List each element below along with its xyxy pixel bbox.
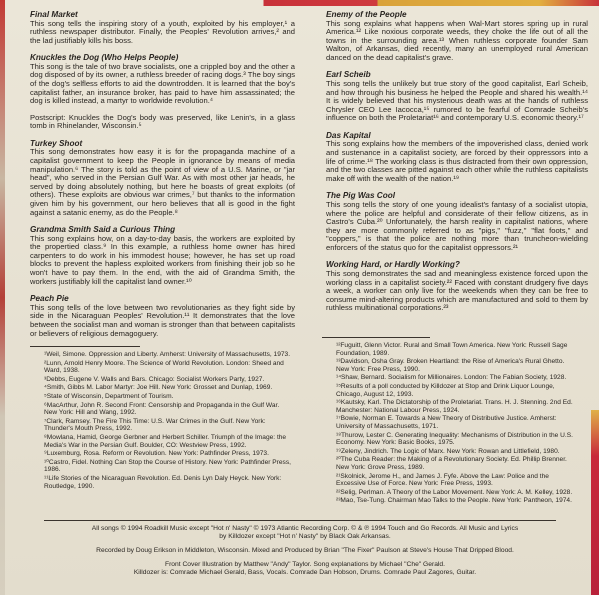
song-entry: The Pig Was CoolThis song tells the stor… (326, 191, 588, 252)
footnote: ¹⁶Kautsky, Karl. The Dictatorship of the… (336, 399, 578, 414)
footnote: ¹⁸Thurow, Lester C. Generating Inequalit… (336, 432, 578, 447)
song-description: This song tells the story of one young i… (326, 201, 588, 253)
song-description: This song demonstrates the sad and meani… (326, 270, 588, 313)
song-description: This song demonstrates how easy it is fo… (30, 148, 295, 217)
footnote: ¹Weil, Simone. Oppression and Liberty. A… (44, 351, 294, 359)
song-descriptions-left: Final MarketThis song tells the inspirin… (30, 10, 295, 346)
song-entry: Earl ScheibThis song tells the unlikely … (326, 70, 588, 122)
credits-divider (44, 520, 556, 521)
footnote: ²⁰The Cuba Reader: the Making of a Revol… (336, 456, 578, 471)
song-entry: Enemy of the PeopleThis song explains wh… (326, 10, 588, 62)
song-description: This song is the tale of two brave socia… (30, 63, 295, 106)
footnotes-right: ¹²Fuguitt, Glenn Victor. Rural and Small… (336, 342, 578, 506)
copyright-line-1: All songs © 1994 Roadkill Music except "… (30, 525, 580, 533)
song-description: This song explains how the members of th… (326, 140, 588, 183)
song-description: This song explains how, on a day-to-day … (30, 235, 295, 287)
footnote: ¹¹Life Stories of the Nicaraguan Revolut… (44, 475, 294, 490)
footnote: ²²Selig, Perlman. A Theory of the Labor … (336, 489, 578, 497)
song-entry: Working Hard, or Hardly Working?This son… (326, 260, 588, 312)
recording-credit: Recorded by Doug Erikson in Middleton, W… (30, 547, 580, 555)
footnote: ¹⁰Castro, Fidel. Nothing Can Stop the Co… (44, 459, 294, 474)
song-entry: Grandma Smith Said a Curious ThingThis s… (30, 225, 295, 286)
footnote: ¹⁷Bowie, Norman E. Towards a New Theory … (336, 415, 578, 430)
song-description: This song explains what happens when Wal… (326, 20, 588, 63)
footnotes-left: ¹Weil, Simone. Oppression and Liberty. A… (44, 351, 294, 491)
footnote: ²³Mao, Tse-Tung. Chairman Mao Talks to t… (336, 497, 578, 505)
left-edge-border (0, 0, 5, 595)
song-entry: Knuckles the Dog (Who Helps People)This … (30, 53, 295, 131)
footnote: ¹⁴Shaw, Bernard. Socialism for Millionai… (336, 374, 578, 382)
footnote: ¹⁵Results of a poll conducted by Killdoz… (336, 383, 578, 398)
song-entry: Peach PieThis song tells of the love bet… (30, 294, 295, 338)
footnote-divider-left (30, 346, 140, 347)
song-description: This song tells the inspiring story of a… (30, 20, 295, 46)
song-description: Postscript: Knuckles the Dog's body was … (30, 114, 295, 131)
right-red-band (591, 410, 599, 595)
song-description: This song tells the unlikely but true st… (326, 80, 588, 123)
top-red-yellow-band (0, 0, 599, 6)
song-descriptions-right: Enemy of the PeopleThis song explains wh… (326, 10, 588, 321)
footnote: ¹²Fuguitt, Glenn Victor. Rural and Small… (336, 342, 578, 357)
cover-credit: Front Cover Illustration by Matthew "And… (30, 561, 580, 569)
song-description: This song tells of the love between two … (30, 304, 295, 338)
footnote: ⁶MacArthur, John R. Second Front: Censor… (44, 402, 294, 417)
song-entry: Final MarketThis song tells the inspirin… (30, 10, 295, 45)
footnote: ⁴Smith, Gibbs M. Labor Martyr: Joe Hill.… (44, 384, 294, 392)
footnote: ¹⁹Zeleny, Jindrich. The Logic of Marx. N… (336, 448, 578, 456)
song-entry: Das KapitalThis song explains how the me… (326, 131, 588, 183)
footnote: ²¹Skolnick, Jerome H., and James J. Fyfe… (336, 473, 578, 488)
footnote: ⁷Clark, Ramsey. The Fire This Time: U.S.… (44, 418, 294, 433)
footnote: ⁹Luxemburg, Rosa. Reform or Revolution. … (44, 450, 294, 458)
credits-block: All songs © 1994 Roadkill Music except "… (30, 525, 580, 577)
footnote: ⁵State of Wisconsin, Department of Touri… (44, 393, 294, 401)
footnote-divider-right (322, 337, 430, 338)
footnote: ²Lunn, Arnold Henry Moore. The Science o… (44, 360, 294, 375)
song-entry: Turkey ShootThis song demonstrates how e… (30, 139, 295, 217)
liner-notes-page: Final MarketThis song tells the inspirin… (0, 0, 599, 595)
band-members: Killdozer is: Comrade Michael Gerald, Ba… (30, 569, 580, 577)
footnote: ⁸Mowlana, Hamid, George Gerbner and Herb… (44, 434, 294, 449)
footnote: ¹³Davidson, Osha Gray. Broken Heartland:… (336, 358, 578, 373)
copyright-line-2: by Killdozer except "Hot n' Nasty" by Bl… (30, 533, 580, 541)
footnote: ³Debbs, Eugene V. Walls and Bars. Chicag… (44, 376, 294, 384)
